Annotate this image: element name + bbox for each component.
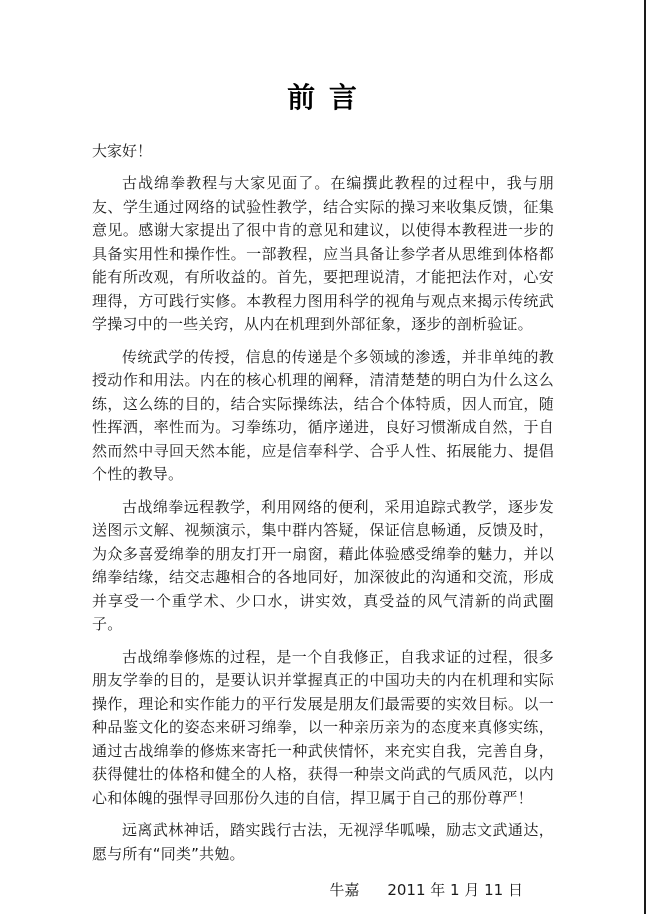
signature-name: 牛嘉 [329,881,359,899]
greeting-line: 大家好！ [92,140,554,163]
signature-line: 牛嘉2011 年 1 月 11 日 [92,879,554,902]
paragraph-2: 传统武学的传授，信息的传递是个多领域的渗透，并非单纯的教授动作和用法。内在的核心… [92,346,554,487]
paragraph-1: 古战绵拳教程与大家见面了。在编撰此教程的过程中，我与朋友、学生通过网络的试验性教… [92,172,554,337]
page-content: 前 言 大家好！ 古战绵拳教程与大家见面了。在编撰此教程的过程中，我与朋友、学生… [0,0,648,902]
signature-date: 2011 年 1 月 11 日 [387,881,523,899]
page-title: 前 言 [92,76,554,116]
document-page: 前 言 大家好！ 古战绵拳教程与大家见面了。在编撰此教程的过程中，我与朋友、学生… [0,0,648,914]
paragraph-4: 古战绵拳修炼的过程，是一个自我修正，自我求证的过程，很多朋友学拳的目的，是要认识… [92,646,554,811]
paragraph-5: 远离武林神话，踏实践行古法，无视浮华呱噪，励志文武通达，愿与所有“同类”共勉。 [92,819,554,866]
paragraph-3: 古战绵拳远程教学，利用网络的便利，采用追踪式教学，逐步发送图示文解、视频演示，集… [92,496,554,637]
page-edge-line [644,0,646,914]
